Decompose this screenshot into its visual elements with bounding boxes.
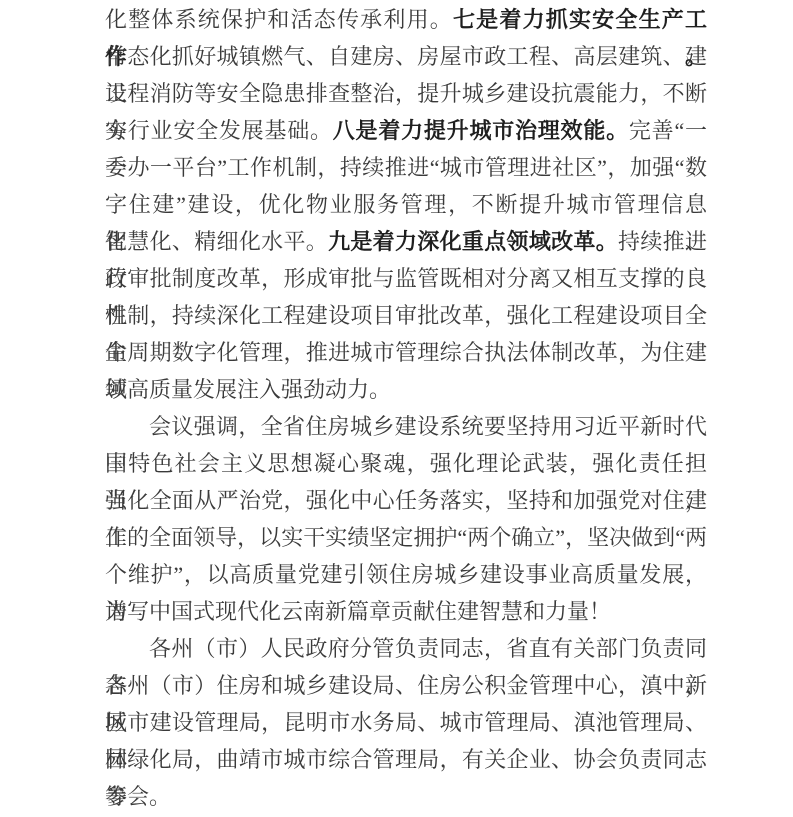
text-line: 政审批制度改革，形成审批与监管既相对分离又相互支撑的良性: [105, 260, 707, 297]
text-line: 参会。: [105, 778, 707, 815]
document-body: 化整体系统保护和活态传承利用。七是着力抓实安全生产工作。常态化抓好城镇燃气、自建…: [105, 1, 707, 815]
body-text: 作的全面领导，以实干实绩坚定拥护“两个确立”，坚决做到“两: [105, 525, 707, 550]
text-line: 强化全面从严治党，强化中心任务落实，坚持和加强党对住建工: [105, 482, 707, 519]
text-line: 智慧化、精细化水平。九是着力深化重点领域改革。持续推进行: [105, 223, 707, 260]
text-line: 谱写中国式现代化云南新篇章贡献住建智慧和力量！: [105, 593, 707, 630]
text-line: 实行业安全发展基础。八是着力提升城市治理效能。完善“一委: [105, 112, 707, 149]
text-line: 化整体系统保护和活态传承利用。七是着力抓实安全生产工作。: [105, 1, 707, 38]
text-line: 作的全面领导，以实干实绩坚定拥护“两个确立”，坚决做到“两: [105, 519, 707, 556]
text-line: 机制，持续深化工程建设项目审批改革，强化工程建设项目全生: [105, 297, 707, 334]
body-text: 化整体系统保护和活态传承利用。: [105, 7, 453, 32]
text-line: 会议强调，全省住房城乡建设系统要坚持用习近平新时代中: [105, 408, 707, 445]
text-line: 城市建设管理局，昆明市水务局、城市管理局、滇池管理局、园: [105, 704, 707, 741]
body-text: 智慧化、精细化水平。: [105, 229, 328, 254]
body-text: 域高质量发展注入强劲动力。: [105, 377, 391, 402]
text-line: 林绿化局，曲靖市城市综合管理局，有关企业、协会负责同志等: [105, 741, 707, 778]
body-text: 参会。: [105, 784, 171, 809]
body-text: 实行业安全发展基础。: [105, 118, 333, 143]
text-line: 域高质量发展注入强劲动力。: [105, 371, 707, 408]
text-line: 命周期数字化管理，推进城市管理综合执法体制改革，为住建领: [105, 334, 707, 371]
body-text: 一办一平台”工作机制，持续推进“城市管理进社区”，加强“数: [105, 155, 707, 180]
emphasis-text: 九是着力深化重点领域改革。: [328, 229, 618, 254]
text-line: 各州（市）人民政府分管负责同志，省直有关部门负责同志，: [105, 630, 707, 667]
text-line: 各州（市）住房和城乡建设局、住房公积金管理中心，滇中新区: [105, 667, 707, 704]
body-text: 谱写中国式现代化云南新篇章贡献住建智慧和力量！: [105, 599, 611, 624]
text-line: 工程消防等安全隐患排查整治，提升城乡建设抗震能力，不断夯: [105, 75, 707, 112]
text-line: 一办一平台”工作机制，持续推进“城市管理进社区”，加强“数: [105, 149, 707, 186]
text-line: 常态化抓好城镇燃气、自建房、房屋市政工程、高层建筑、建设: [105, 38, 707, 75]
document-page: 化整体系统保护和活态传承利用。七是着力抓实安全生产工作。常态化抓好城镇燃气、自建…: [0, 0, 793, 817]
emphasis-text: 八是着力提升城市治理效能。: [333, 118, 629, 143]
text-line: 字住建”建设，优化物业服务管理，不断提升城市管理信息化、: [105, 186, 707, 223]
text-line: 国特色社会主义思想凝心聚魂，强化理论武装，强化责任担当，: [105, 445, 707, 482]
text-line: 个维护”，以高质量党建引领住房城乡建设事业高质量发展，为: [105, 556, 707, 593]
